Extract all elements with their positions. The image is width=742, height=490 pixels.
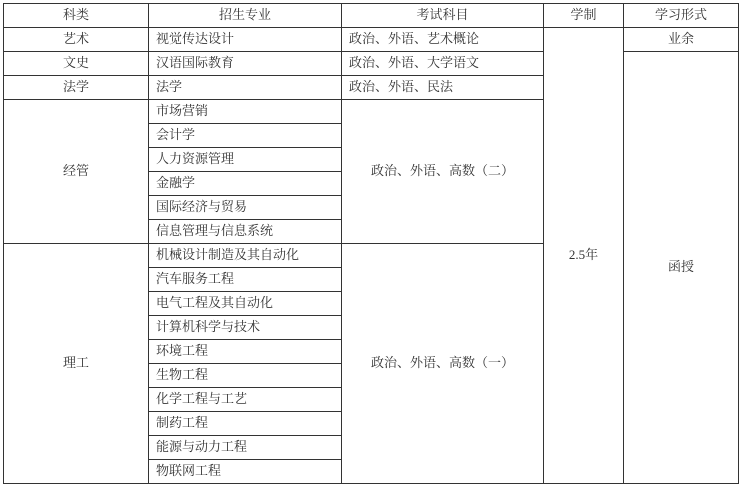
admissions-table: 科类 招生专业 考试科目 学制 学习形式 艺术 视觉传达设计 政治、外语、艺术概… — [3, 3, 739, 484]
major-cell: 会计学 — [149, 124, 342, 148]
header-category: 科类 — [4, 4, 149, 28]
major-cell: 计算机科学与技术 — [149, 316, 342, 340]
category-cell: 经管 — [4, 100, 149, 244]
subjects-cell: 政治、外语、大学语文 — [342, 52, 544, 76]
major-cell: 信息管理与信息系统 — [149, 220, 342, 244]
subjects-cell: 政治、外语、高数（一） — [342, 244, 544, 484]
major-cell: 制药工程 — [149, 412, 342, 436]
major-cell: 电气工程及其自动化 — [149, 292, 342, 316]
study-form-cell: 业余 — [624, 28, 739, 52]
major-cell: 视觉传达设计 — [149, 28, 342, 52]
category-cell: 法学 — [4, 76, 149, 100]
study-form-cell: 函授 — [624, 52, 739, 484]
subjects-cell: 政治、外语、民法 — [342, 76, 544, 100]
major-cell: 物联网工程 — [149, 460, 342, 484]
category-cell: 文史 — [4, 52, 149, 76]
major-cell: 金融学 — [149, 172, 342, 196]
major-cell: 汉语国际教育 — [149, 52, 342, 76]
major-cell: 人力资源管理 — [149, 148, 342, 172]
table-row: 文史 汉语国际教育 政治、外语、大学语文 函授 — [4, 52, 739, 76]
major-cell: 法学 — [149, 76, 342, 100]
header-duration: 学制 — [544, 4, 624, 28]
subjects-cell: 政治、外语、艺术概论 — [342, 28, 544, 52]
major-cell: 环境工程 — [149, 340, 342, 364]
major-cell: 化学工程与工艺 — [149, 388, 342, 412]
major-cell: 国际经济与贸易 — [149, 196, 342, 220]
subjects-cell: 政治、外语、高数（二） — [342, 100, 544, 244]
header-study-form: 学习形式 — [624, 4, 739, 28]
major-cell: 机械设计制造及其自动化 — [149, 244, 342, 268]
header-major: 招生专业 — [149, 4, 342, 28]
major-cell: 生物工程 — [149, 364, 342, 388]
major-cell: 能源与动力工程 — [149, 436, 342, 460]
duration-cell: 2.5年 — [544, 28, 624, 484]
header-subjects: 考试科目 — [342, 4, 544, 28]
header-row: 科类 招生专业 考试科目 学制 学习形式 — [4, 4, 739, 28]
category-cell: 艺术 — [4, 28, 149, 52]
category-cell: 理工 — [4, 244, 149, 484]
table-row: 艺术 视觉传达设计 政治、外语、艺术概论 2.5年 业余 — [4, 28, 739, 52]
major-cell: 汽车服务工程 — [149, 268, 342, 292]
major-cell: 市场营销 — [149, 100, 342, 124]
